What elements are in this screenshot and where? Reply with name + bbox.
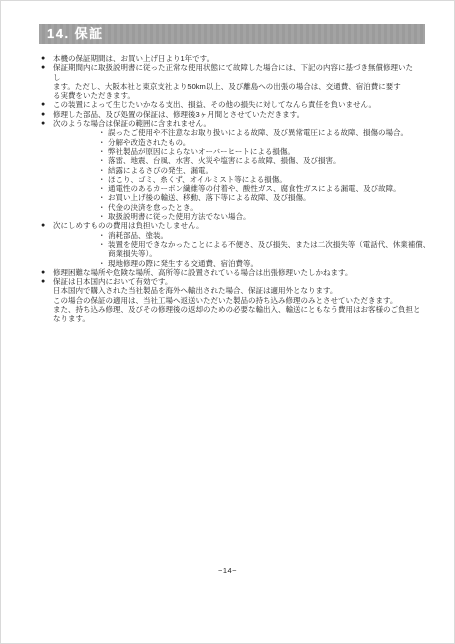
line-text: お買い上げ後の輸送、移動、落下等による故障、及び損傷。 <box>108 193 311 202</box>
dot-icon: ・ <box>98 175 108 184</box>
section-header-bar: 14. 保証 <box>39 24 425 44</box>
line-text: 取扱説明書に従った使用方法でない場合。 <box>108 212 251 221</box>
dot-icon: ・ <box>98 259 108 268</box>
bullet-icon: ● <box>41 110 53 119</box>
dot-icon: ・ <box>98 184 108 193</box>
bullet-icon: ● <box>41 100 53 109</box>
line-text: 修理した部品、及び処置の保証は、修理後3ヶ月間とさせていただきます。 <box>53 110 304 119</box>
text-line: ・消耗部品、塗装。 <box>98 231 428 240</box>
line-text: 本機の保証期間は、お買い上げ日より1年です。 <box>53 54 214 63</box>
line-text: 分解や改造されたもの。 <box>108 138 190 147</box>
text-line: ・落雷、地震、台風、水害、火災や塩害による故障、損傷、及び損害。 <box>98 156 428 165</box>
line-text: また、持ち込み修理、及びその修理後の返却のための必要な輸出入、輸送にともなう費用… <box>53 305 421 314</box>
dot-icon: ・ <box>98 147 108 156</box>
text-line: ●本機の保証期間は、お買い上げ日より1年です。 <box>41 54 428 63</box>
line-text: 次のような場合は保証の範囲に含まれません。 <box>53 119 211 128</box>
dot-icon: ・ <box>98 166 108 175</box>
text-line: ●次のような場合は保証の範囲に含まれません。 <box>41 119 428 128</box>
dot-icon: ・ <box>98 203 108 212</box>
dot-icon: ・ <box>98 212 108 221</box>
text-line: ・結露によるさびの発生、漏電。 <box>98 166 428 175</box>
text-line: ・取扱説明書に従った使用方法でない場合。 <box>98 212 428 221</box>
line-text: 代金の決済を怠ったとき。 <box>108 203 198 212</box>
dot-icon: ・ <box>98 193 108 202</box>
line-text: この場合の保証の適用は、当社工場へ返送いただいた製品の持ち込み修理のみとさせてい… <box>53 296 397 305</box>
text-line: ・代金の決済を怠ったとき。 <box>98 203 428 212</box>
text-line: この場合の保証の適用は、当社工場へ返送いただいた製品の持ち込み修理のみとさせてい… <box>53 296 428 305</box>
bullet-icon: ● <box>41 268 53 277</box>
page-number: −14− <box>1 566 454 575</box>
text-line: ・分解や改造されたもの。 <box>98 138 428 147</box>
line-text: ます。ただし、大阪本社と東京支社より50km以上、及び離島への出張の場合は、交通… <box>53 82 401 91</box>
text-line: 日本国内で購入された当社製品を海外へ輸出された場合、保証は適用外となります。 <box>53 286 428 295</box>
bullet-icon: ● <box>41 221 53 230</box>
bullet-icon: ● <box>41 119 53 128</box>
text-line: ●次にしめすものの費用は負担いたしません。 <box>41 221 428 230</box>
line-text: 誤ったご使用や不注意なお取り扱いによる故障、及び異常電圧による故障、損傷の場合。 <box>108 128 408 137</box>
line-text: なります。 <box>53 314 90 323</box>
line-text: 落雷、地震、台風、水害、火災や塩害による故障、損傷、及び損害。 <box>108 156 341 165</box>
bullet-icon: ● <box>41 277 53 286</box>
text-line: ・誤ったご使用や不注意なお取り扱いによる故障、及び異常電圧による故障、損傷の場合… <box>98 128 428 137</box>
line-text: 日本国内で購入された当社製品を海外へ輸出された場合、保証は適用外となります。 <box>53 286 337 295</box>
dot-icon: ・ <box>98 156 108 165</box>
text-line: ●修理困難な場所や危険な場所、高所等に設置されている場合は出張修理いたしかねます… <box>41 268 428 277</box>
line-text: ほこり、ゴミ、糸くず、オイルミスト等による損傷。 <box>108 175 287 184</box>
line-text: 保証期間内に取扱説明書に従った正常な使用状態にて故障した場合には、下記の内容に基… <box>53 63 413 72</box>
line-text: 結露によるさびの発生、漏電。 <box>108 166 213 175</box>
text-line: また、持ち込み修理、及びその修理後の返却のための必要な輸出入、輸送にともなう費用… <box>53 305 428 314</box>
line-text: 装置を使用できなかったことによる不便さ、及び損失、または二次損失等（電話代、休業… <box>108 240 430 249</box>
text-line: ・弊社製品が原因によらないオーバーヒートによる損傷。 <box>98 147 428 156</box>
text-line: なります。 <box>53 314 428 323</box>
text-line: 商業損失等）。 <box>108 249 428 258</box>
bullet-icon: ● <box>41 63 53 72</box>
dot-icon: ・ <box>98 128 108 137</box>
line-text: 修理困難な場所や危険な場所、高所等に設置されている場合は出張修理いたしかねます。 <box>53 268 352 277</box>
text-line: ●修理した部品、及び処置の保証は、修理後3ヶ月間とさせていただきます。 <box>41 110 428 119</box>
line-text: この装置によって生じたいかなる支出、損益、その他の損失に対してなんら責任を負いま… <box>53 100 376 109</box>
line-text: 次にしめすものの費用は負担いたしません。 <box>53 221 203 230</box>
text-line: ・装置を使用できなかったことによる不便さ、及び損失、または二次損失等（電話代、休… <box>98 240 428 249</box>
text-line: し <box>53 73 428 82</box>
line-text: 現地修理の際に発生する交通費、宿泊費等。 <box>108 259 258 268</box>
text-line: ・ほこり、ゴミ、糸くず、オイルミスト等による損傷。 <box>98 175 428 184</box>
section-title: 14. 保証 <box>47 26 104 41</box>
dot-icon: ・ <box>98 231 108 240</box>
text-line: ●保証期間内に取扱説明書に従った正常な使用状態にて故障した場合には、下記の内容に… <box>41 63 428 72</box>
dot-icon: ・ <box>98 138 108 147</box>
text-line: ●この装置によって生じたいかなる支出、損益、その他の損失に対してなんら責任を負い… <box>41 100 428 109</box>
line-text: し <box>53 73 61 82</box>
line-text: 弊社製品が原因によらないオーバーヒートによる損傷。 <box>108 147 295 156</box>
text-line: ます。ただし、大阪本社と東京支社より50km以上、及び離島への出張の場合は、交通… <box>53 82 428 91</box>
document-page: 14. 保証 ●本機の保証期間は、お買い上げ日より1年です。●保証期間内に取扱説… <box>0 0 455 644</box>
line-text: 商業損失等）。 <box>108 249 157 258</box>
line-text: 消耗部品、塗装。 <box>108 231 168 240</box>
text-line: ・現地修理の際に発生する交通費、宿泊費等。 <box>98 259 428 268</box>
text-line: ・お買い上げ後の輸送、移動、落下等による故障、及び損傷。 <box>98 193 428 202</box>
dot-icon: ・ <box>98 240 108 249</box>
warranty-text-block: ●本機の保証期間は、お買い上げ日より1年です。●保証期間内に取扱説明書に従った正… <box>41 54 428 324</box>
bullet-icon: ● <box>41 54 53 63</box>
